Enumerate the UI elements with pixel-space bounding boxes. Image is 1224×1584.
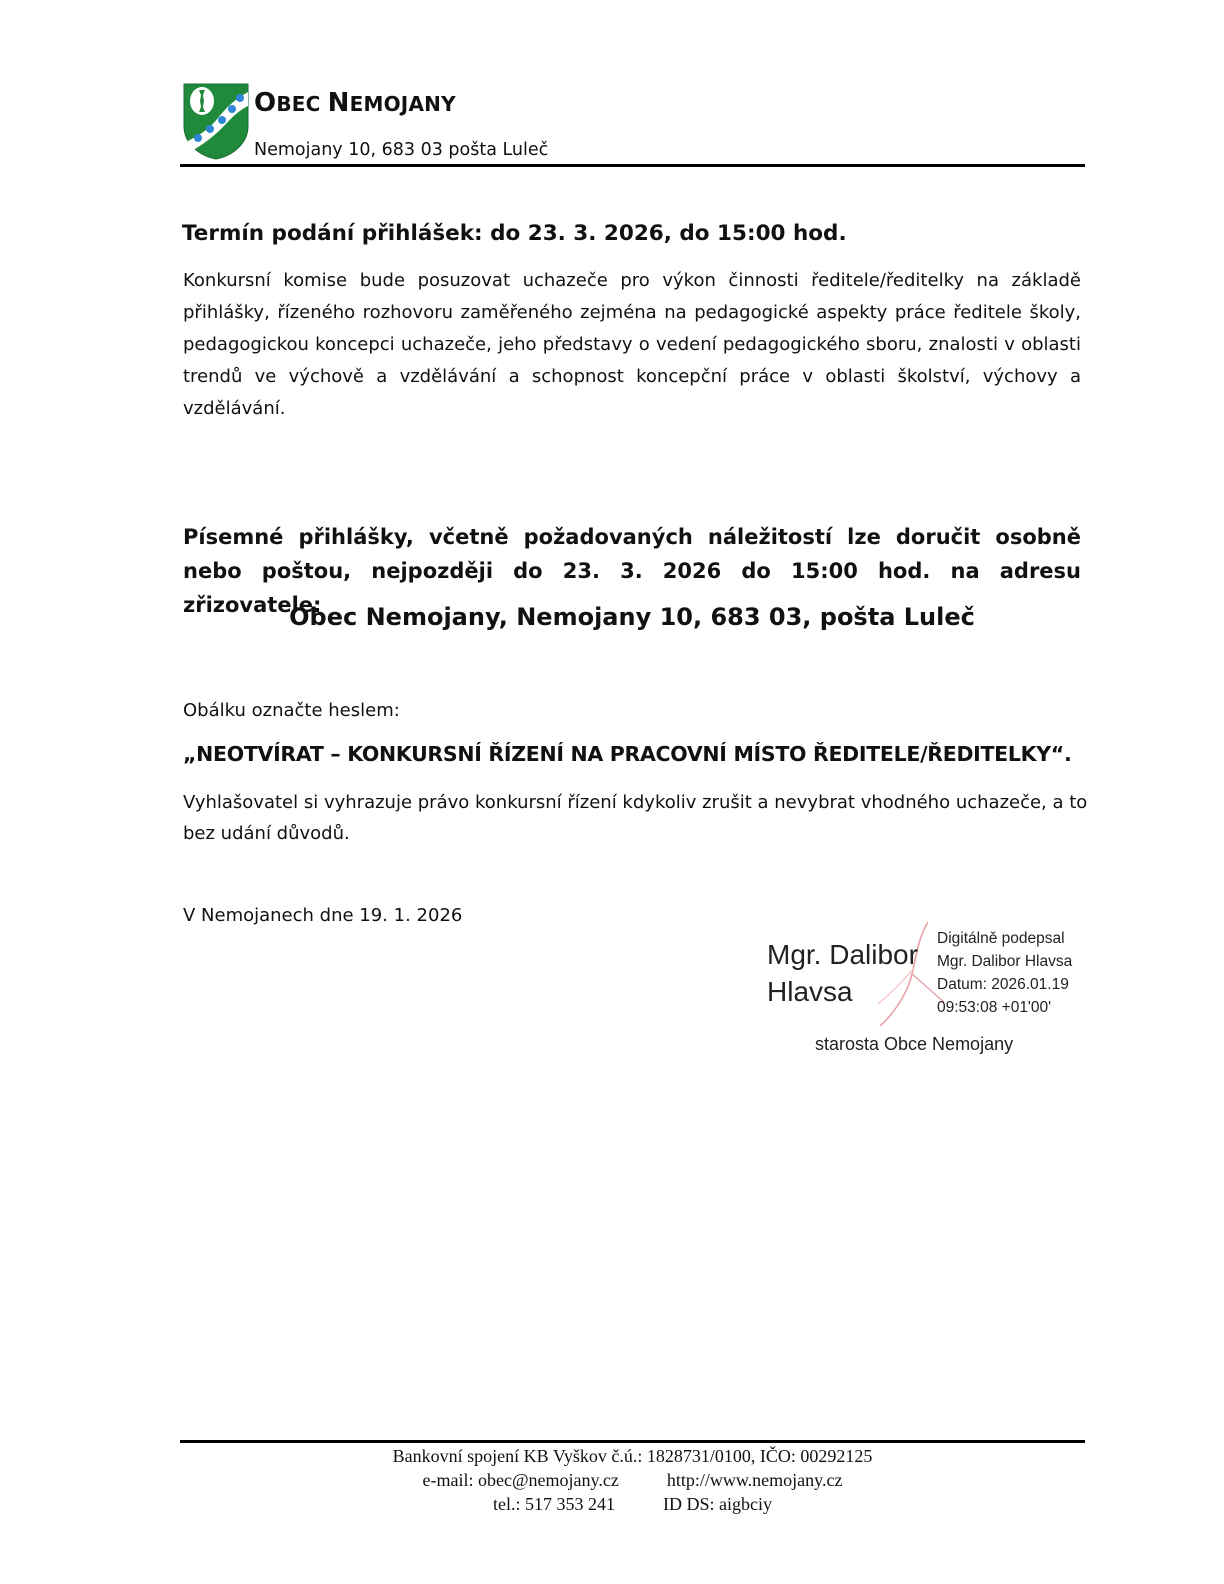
- website-link[interactable]: http://www.nemojany.cz: [667, 1468, 843, 1492]
- envelope-password: „NEOTVÍRAT – KONKURSNÍ ŘÍZENÍ NA PRACOVN…: [183, 742, 1088, 766]
- digital-signature-details: Digitálně podepsal Mgr. Dalibor Hlavsa D…: [937, 927, 1072, 1019]
- organization-address: Nemojany 10, 683 03 pošta Luleč: [254, 140, 548, 160]
- evaluation-criteria-paragraph: Konkursní komise bude posuzovat uchazeče…: [183, 265, 1081, 425]
- signatory-name: Mgr. Dalibor Hlavsa: [767, 936, 918, 1010]
- submission-address: Obec Nemojany, Nemojany 10, 683 03, pošt…: [183, 603, 1081, 631]
- signature-detail-line: Datum: 2026.01.19: [937, 973, 1072, 996]
- signature-detail-line: 09:53:08 +01'00': [937, 996, 1072, 1019]
- coat-of-arms-icon: [182, 82, 250, 160]
- signature-detail-line: Digitálně podepsal: [937, 927, 1072, 950]
- envelope-label: Obálku označte heslem:: [183, 700, 400, 721]
- bank-details: Bankovní spojení KB Vyškov č.ú.: 1828731…: [393, 1444, 873, 1468]
- reservation-paragraph: Vyhlašovatel si vyhrazuje právo konkursn…: [183, 787, 1088, 849]
- footer-contact: Bankovní spojení KB Vyškov č.ú.: 1828731…: [180, 1444, 1085, 1516]
- phone-number: tel.: 517 353 241: [493, 1492, 615, 1516]
- organization-name: OBEC NEMOJANY: [254, 88, 456, 118]
- data-box-id: ID DS: aigbciy: [663, 1492, 772, 1516]
- email-link[interactable]: e-mail: obec@nemojany.cz: [423, 1468, 619, 1492]
- deadline-heading: Termín podání přihlášek: do 23. 3. 2026,…: [182, 221, 847, 246]
- header-divider: [180, 164, 1085, 167]
- place-and-date: V Nemojanech dne 19. 1. 2026: [183, 905, 462, 926]
- footer-divider: [180, 1440, 1085, 1443]
- signature-detail-line: Mgr. Dalibor Hlavsa: [937, 950, 1072, 973]
- signatory-role: starosta Obce Nemojany: [815, 1034, 1013, 1055]
